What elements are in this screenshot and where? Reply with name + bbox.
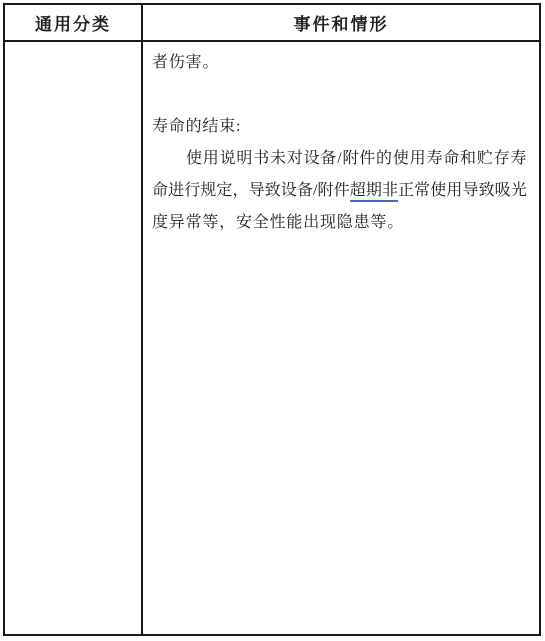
general-category-cell — [5, 42, 143, 634]
header-cell-events-and-situations: 事件和情形 — [143, 5, 539, 40]
text-line-with-underline: 命进行规定，导致设备/附件超期非正常使用导致吸光 — [152, 175, 533, 207]
table-body-row: 者伤害。 寿命的结束: 使用说明书未对设备/附件的使用寿命和贮存寿 命进行规定，… — [5, 42, 539, 634]
text-segment-after-underline: 正常使用导致吸光 — [398, 182, 527, 199]
text-line-continuation: 者伤害。 — [152, 47, 533, 79]
text-line-paragraph-start: 使用说明书未对设备/附件的使用寿命和贮存寿 — [152, 143, 533, 175]
text-segment-before-underline: 命进行规定，导致设备/附件 — [152, 182, 350, 199]
events-cell: 者伤害。 寿命的结束: 使用说明书未对设备/附件的使用寿命和贮存寿 命进行规定，… — [143, 42, 539, 634]
scanned-document-page: 通用分类 事件和情形 者伤害。 寿命的结束: 使用说明书未对设备/附件的使用寿命… — [0, 0, 545, 641]
text-line-lifespan-heading: 寿命的结束: — [152, 111, 533, 143]
header-label-general-category: 通用分类 — [35, 10, 111, 35]
text-line-paragraph-end: 度异常等，安全性能出现隐患等。 — [152, 207, 533, 239]
text-line-blank — [152, 79, 533, 111]
header-cell-general-category: 通用分类 — [5, 5, 143, 40]
underlined-phrase: 超期非 — [350, 182, 398, 202]
table-header-row: 通用分类 事件和情形 — [5, 5, 539, 42]
header-label-events-and-situations: 事件和情形 — [294, 10, 389, 35]
classification-table: 通用分类 事件和情形 者伤害。 寿命的结束: 使用说明书未对设备/附件的使用寿命… — [3, 3, 541, 636]
